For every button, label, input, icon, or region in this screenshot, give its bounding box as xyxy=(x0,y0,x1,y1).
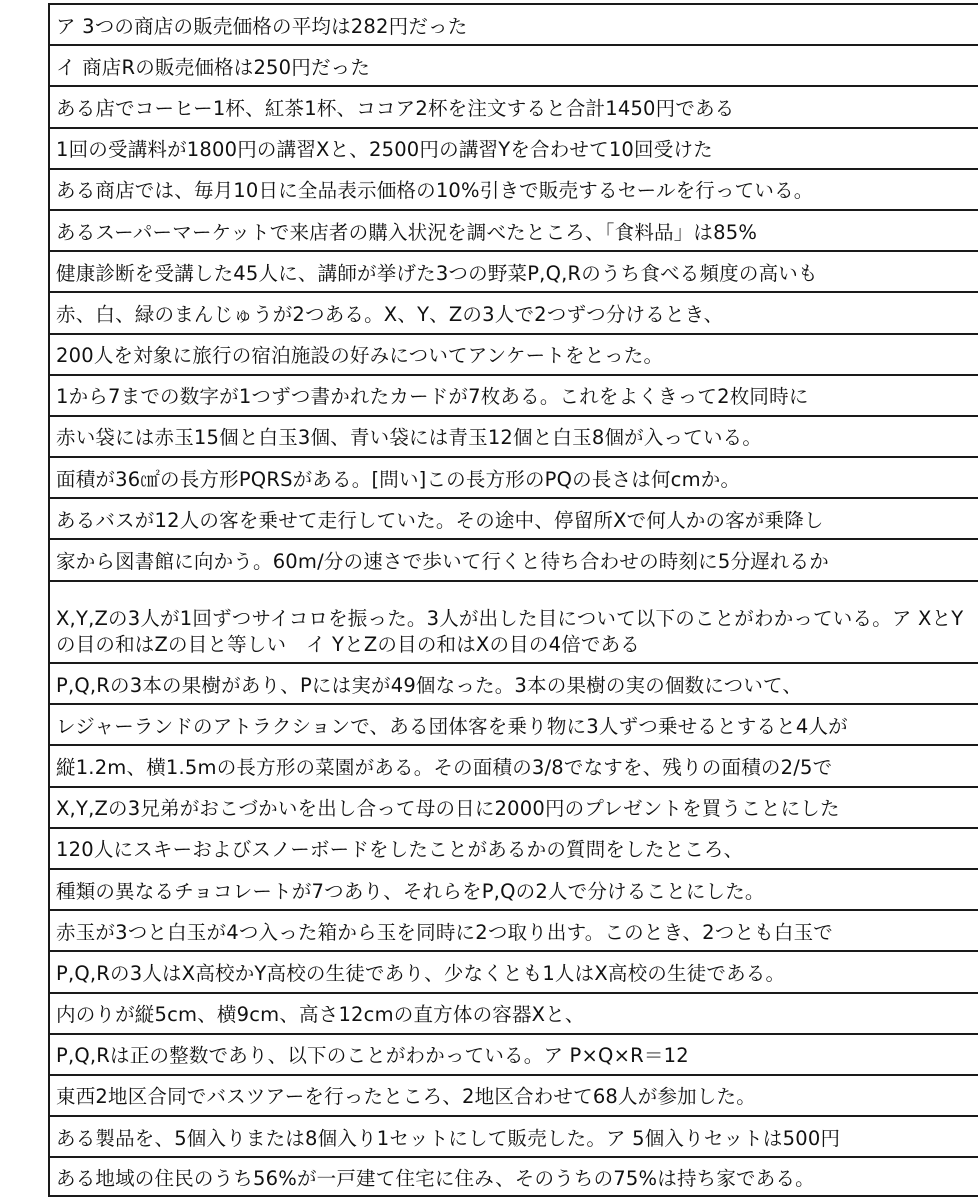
cell-text: 赤玉が3つと白玉が4つ入った箱から玉を同時に2つ取り出す。このとき、2つとも白玉… xyxy=(56,917,833,945)
cell-text: P,Q,Rは正の整数であり、以下のことがわかっている。ア P×Q×R＝12 xyxy=(56,1040,689,1068)
cell-text: あるバスが12人の客を乗せて走行していた。その途中、停留所Xで何人かの客が乗降し xyxy=(56,505,824,533)
table-row[interactable]: 200人を対象に旅行の宿泊施設の好みについてアンケートをとった。 xyxy=(50,333,978,374)
table-row[interactable]: P,Q,Rの3人はX高校かY高校の生徒であり、少なくとも1人はX高校の生徒である… xyxy=(50,950,978,991)
table-row[interactable]: P,Q,Rの3本の果樹があり、Pには実が49個なった。3本の果樹の実の個数につい… xyxy=(50,662,978,703)
question-list-table: ア 3つの商店の販売価格の平均は282円だった イ 商店Rの販売価格は250円だ… xyxy=(48,3,978,1197)
cell-text: 健康診断を受講した45人に、講師が挙げた3つの野菜P,Q,Rのうち食べる頻度の高… xyxy=(56,258,818,286)
cell-text: P,Q,Rの3人はX高校かY高校の生徒であり、少なくとも1人はX高校の生徒である… xyxy=(56,958,785,986)
cell-text: X,Y,Zの3兄弟がおこづかいを出し合って母の日に2000円のプレゼントを買うこ… xyxy=(56,793,840,821)
table-row[interactable]: P,Q,Rは正の整数であり、以下のことがわかっている。ア P×Q×R＝12 xyxy=(50,1033,978,1074)
table-row[interactable]: X,Y,Zの3兄弟がおこづかいを出し合って母の日に2000円のプレゼントを買うこ… xyxy=(50,786,978,827)
table-row[interactable]: 赤玉が3つと白玉が4つ入った箱から玉を同時に2つ取り出す。このとき、2つとも白玉… xyxy=(50,909,978,950)
cell-text: ある商店では、毎月10日に全品表示価格の10%引きで販売するセールを行っている。 xyxy=(56,175,814,203)
cell-text: 内のりが縦5cm、横9cm、高さ12cmの直方体の容器Xと、 xyxy=(56,999,585,1027)
table-row[interactable]: ア 3つの商店の販売価格の平均は282円だった xyxy=(50,3,978,44)
table-row[interactable]: ある商店では、毎月10日に全品表示価格の10%引きで販売するセールを行っている。 xyxy=(50,168,978,209)
table-row[interactable]: あるスーパーマーケットで来店者の購入状況を調べたところ、「食料品」は85% xyxy=(50,209,978,250)
cell-text: ある地域の住民のうち56%が一戸建て住宅に住み、そのうちの75%は持ち家である。 xyxy=(56,1163,815,1191)
table-row[interactable]: 東西2地区合同でバスツアーを行ったところ、2地区合わせて68人が参加した。 xyxy=(50,1074,978,1115)
cell-text: 種類の異なるチョコレートが7つあり、それらをP,Qの2人で分けることにした。 xyxy=(56,876,765,904)
table-row[interactable]: 家から図書館に向かう。60m/分の速さで歩いて行くと待ち合わせの時刻に5分遅れる… xyxy=(50,538,978,579)
cell-text: ある製品を、5個入りまたは8個入り1セットにして販売した。ア 5個入りセットは5… xyxy=(56,1123,840,1151)
table-row[interactable]: あるバスが12人の客を乗せて走行していた。その途中、停留所Xで何人かの客が乗降し xyxy=(50,497,978,538)
cell-text: レジャーランドのアトラクションで、ある団体客を乗り物に3人ずつ乗せるとすると4人… xyxy=(56,711,848,739)
cell-text: 1回の受講料が1800円の講習Xと、2500円の講習Yを合わせて10回受けた xyxy=(56,134,713,162)
cell-text: ア 3つの商店の販売価格の平均は282円だった xyxy=(56,11,467,39)
table-row[interactable]: 1回の受講料が1800円の講習Xと、2500円の講習Yを合わせて10回受けた xyxy=(50,127,978,168)
table-row[interactable]: レジャーランドのアトラクションで、ある団体客を乗り物に3人ずつ乗せるとすると4人… xyxy=(50,703,978,744)
cell-text: X,Y,Zの3人が1回ずつサイコロを振った。3人が出した目について以下のことがわ… xyxy=(56,606,978,658)
table-row-wrapped[interactable]: X,Y,Zの3人が1回ずつサイコロを振った。3人が出した目について以下のことがわ… xyxy=(50,580,978,662)
cell-text: 200人を対象に旅行の宿泊施設の好みについてアンケートをとった。 xyxy=(56,340,663,368)
table-row[interactable]: 赤、白、緑のまんじゅうが2つある。X、Y、Zの3人で2つずつ分けるとき、 xyxy=(50,291,978,332)
table-row[interactable]: ある製品を、5個入りまたは8個入り1セットにして販売した。ア 5個入りセットは5… xyxy=(50,1115,978,1156)
table-row[interactable]: 内のりが縦5cm、横9cm、高さ12cmの直方体の容器Xと、 xyxy=(50,992,978,1033)
cell-text: あるスーパーマーケットで来店者の購入状況を調べたところ、「食料品」は85% xyxy=(56,217,757,245)
cell-text: 縦1.2m、横1.5mの長方形の菜園がある。その面積の3/8でなすを、残りの面積… xyxy=(56,752,832,780)
cell-text: 120人にスキーおよびスノーボードをしたことがあるかの質問をしたところ、 xyxy=(56,834,743,862)
table-row[interactable]: 赤い袋には赤玉15個と白玉3個、青い袋には青玉12個と白玉8個が入っている。 xyxy=(50,415,978,456)
cell-text: 赤、白、緑のまんじゅうが2つある。X、Y、Zの3人で2つずつ分けるとき、 xyxy=(56,299,723,327)
cell-text: イ 商店Rの販売価格は250円だった xyxy=(56,52,370,80)
table-row[interactable]: ある地域の住民のうち56%が一戸建て住宅に住み、そのうちの75%は持ち家である。 xyxy=(50,1156,978,1197)
table-row[interactable]: ある店でコーヒー1杯、紅茶1杯、ココア2杯を注文すると合計1450円である xyxy=(50,85,978,126)
table-row[interactable]: 120人にスキーおよびスノーボードをしたことがあるかの質問をしたところ、 xyxy=(50,827,978,868)
cell-text: 家から図書館に向かう。60m/分の速さで歩いて行くと待ち合わせの時刻に5分遅れる… xyxy=(56,546,829,574)
cell-text: 東西2地区合同でバスツアーを行ったところ、2地区合わせて68人が参加した。 xyxy=(56,1081,756,1109)
table-row[interactable]: 健康診断を受講した45人に、講師が挙げた3つの野菜P,Q,Rのうち食べる頻度の高… xyxy=(50,250,978,291)
cell-text: ある店でコーヒー1杯、紅茶1杯、ココア2杯を注文すると合計1450円である xyxy=(56,93,734,121)
table-row[interactable]: イ 商店Rの販売価格は250円だった xyxy=(50,44,978,85)
cell-text: 面積が36㎠の長方形PQRSがある。[問い]この長方形のPQの長さは何cmか。 xyxy=(56,464,740,492)
table-row[interactable]: 縦1.2m、横1.5mの長方形の菜園がある。その面積の3/8でなすを、残りの面積… xyxy=(50,744,978,785)
table-row[interactable]: 面積が36㎠の長方形PQRSがある。[問い]この長方形のPQの長さは何cmか。 xyxy=(50,456,978,497)
cell-text: P,Q,Rの3本の果樹があり、Pには実が49個なった。3本の果樹の実の個数につい… xyxy=(56,670,802,698)
table-row[interactable]: 1から7までの数字が1つずつ書かれたカードが7枚ある。これをよくきって2枚同時に xyxy=(50,374,978,415)
cell-text: 1から7までの数字が1つずつ書かれたカードが7枚ある。これをよくきって2枚同時に xyxy=(56,381,809,409)
cell-text: 赤い袋には赤玉15個と白玉3個、青い袋には青玉12個と白玉8個が入っている。 xyxy=(56,422,762,450)
table-row[interactable]: 種類の異なるチョコレートが7つあり、それらをP,Qの2人で分けることにした。 xyxy=(50,868,978,909)
